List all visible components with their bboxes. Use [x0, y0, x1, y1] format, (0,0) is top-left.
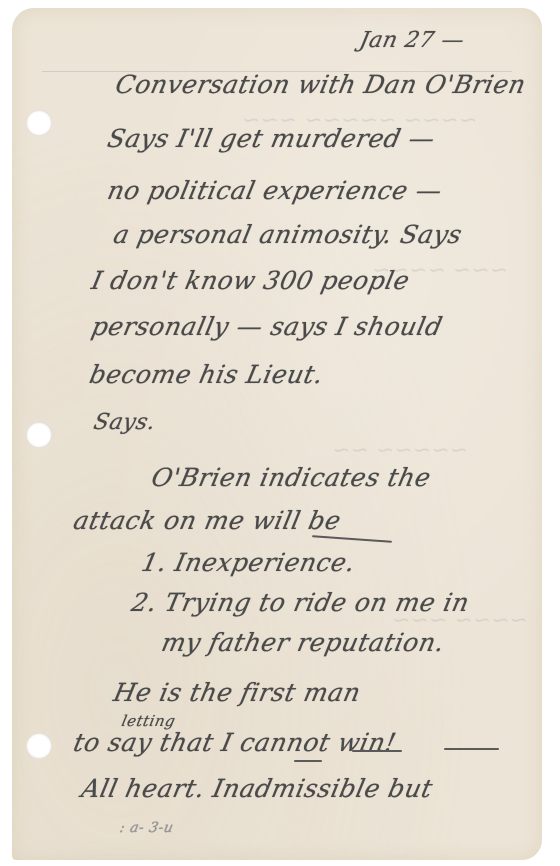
handwritten-line: He is the first man	[111, 678, 364, 707]
binder-hole	[26, 733, 52, 759]
handwritten-line: become his Lieut.	[87, 360, 326, 389]
underline	[352, 750, 402, 752]
diary-page: ~~~~ ~~~~~ ~~~ ~~~ ~~~~ ~~~~~ ~~ ~~~~ ~~…	[12, 8, 542, 860]
handwritten-line: Says I'll get murdered —	[105, 124, 438, 153]
handwritten-line: personally — says I should	[89, 312, 445, 341]
binder-hole	[26, 110, 52, 136]
handwritten-line: Conversation with Dan O'Brien	[113, 70, 529, 99]
list-item-continued: my father reputation.	[159, 628, 447, 657]
list-item: 2. Trying to ride on me in	[129, 588, 472, 617]
handwritten-line: I don't know 300 people	[89, 266, 412, 295]
handwritten-line: no political experience —	[105, 176, 445, 205]
handwritten-line: All heart. Inadmissible but	[79, 774, 435, 803]
entry-date: Jan 27 —	[357, 28, 466, 53]
faint-marks: : a- 3-u	[118, 820, 175, 836]
binder-hole	[26, 422, 52, 448]
list-item: 1. Inexperience.	[139, 548, 358, 577]
underline	[444, 748, 499, 750]
underline	[294, 760, 322, 762]
handwritten-line: Says.	[91, 410, 158, 435]
bleed-through-text: ~~~~~ ~~	[330, 438, 470, 463]
handwritten-line: O'Brien indicates the	[149, 463, 434, 492]
handwritten-line: attack on me will be	[71, 506, 344, 535]
handwritten-line: to say that I cannot win!	[71, 728, 399, 757]
handwritten-line: a personal animosity. Says	[111, 220, 465, 249]
pencil-stroke	[312, 535, 392, 543]
